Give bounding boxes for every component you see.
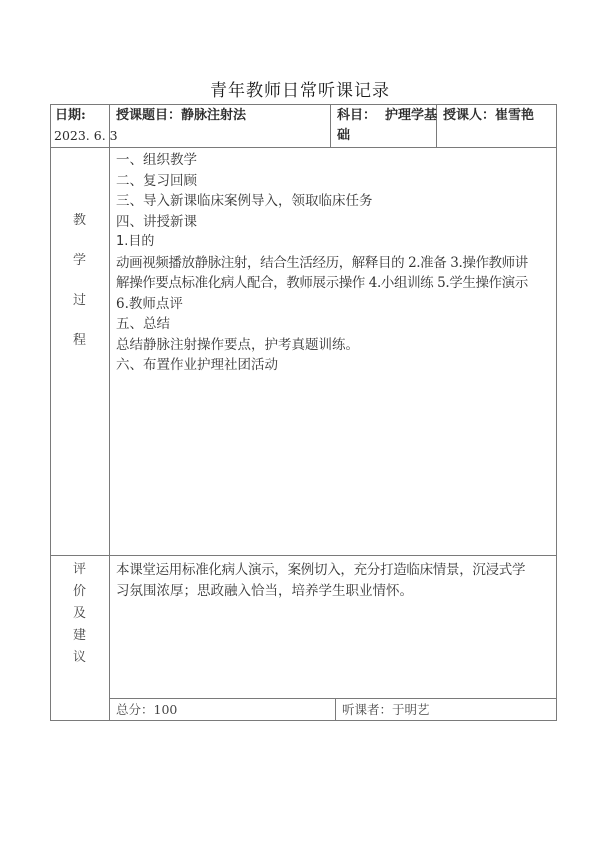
process-line: 三、导入新课临床案例导入，领取临床任务 [116, 191, 556, 212]
evaluation-line: 本课堂运用标准化病人演示，案例切入，充分打造临床情景，沉浸式学 [116, 560, 556, 581]
evaluation-label-char: 价 [50, 580, 109, 599]
process-label-char: 教 [50, 209, 109, 228]
process-label-char: 过 [50, 289, 109, 308]
evaluation-label-char: 及 [50, 602, 109, 621]
record-table: 日期: 2023. 6. 3 授课题目：静脉注射法 科目： 护理学基 础 授课人… [50, 104, 557, 720]
col-divider-subject [330, 104, 331, 148]
row-divider-process [50, 555, 557, 556]
process-line: 一、组织教学 [116, 150, 556, 171]
process-line: 四、讲授新课 [116, 212, 556, 233]
date-value: 2023. 6. 3 [54, 126, 118, 146]
process-label-char: 程 [50, 329, 109, 348]
process-line: 动画视频播放静脉注射，结合生活经历，解释目的 2.准备 3.操作教师讲 [116, 253, 556, 274]
row-divider-header [50, 147, 557, 148]
evaluation-label-char: 评 [50, 558, 109, 577]
lesson-topic: 授课题目：静脉注射法 [116, 106, 246, 126]
date-label: 日期: [55, 106, 86, 126]
process-line: 6.教师点评 [116, 294, 556, 315]
process-line: 总结静脉注射操作要点，护考真题训练。 [116, 335, 556, 356]
evaluation-label-char: 建 [50, 624, 109, 643]
process-line: 1.目的 [116, 232, 556, 253]
process-line: 五、总结 [116, 314, 556, 335]
process-line: 六、布置作业护理社团活动 [116, 355, 556, 376]
col-divider-observer [335, 698, 336, 721]
table-border-bottom [50, 720, 557, 721]
row-divider-score [109, 698, 557, 699]
process-line: 解操作要点标准化病人配合，教师展示操作 4.小组训练 5.学生操作演示 [116, 273, 556, 294]
total-score: 总分：100 [116, 701, 177, 719]
table-border-top [50, 104, 557, 105]
col-divider-label [109, 104, 110, 721]
subject-line-2: 础 [337, 126, 350, 146]
evaluation-label-char: 议 [50, 646, 109, 665]
evaluation-content: 本课堂运用标准化病人演示，案例切入，充分打造临床情景，沉浸式学 习氛围浓厚；思政… [116, 560, 556, 601]
teacher-name: 授课人：崔雪艳 [443, 106, 534, 126]
teaching-process-content: 一、组织教学 二、复习回顾 三、导入新课临床案例导入，领取临床任务 四、讲授新课… [116, 150, 556, 376]
observer-name: 听课者：于明艺 [342, 701, 430, 719]
process-line: 二、复习回顾 [116, 171, 556, 192]
evaluation-line: 习氛围浓厚；思政融入恰当，培养学生职业情怀。 [116, 581, 556, 602]
process-label-char: 学 [50, 249, 109, 268]
subject-line-1: 科目： 护理学基 [337, 106, 437, 126]
document-title: 青年教师日常听课记录 [0, 76, 600, 101]
table-border-right [556, 104, 557, 721]
